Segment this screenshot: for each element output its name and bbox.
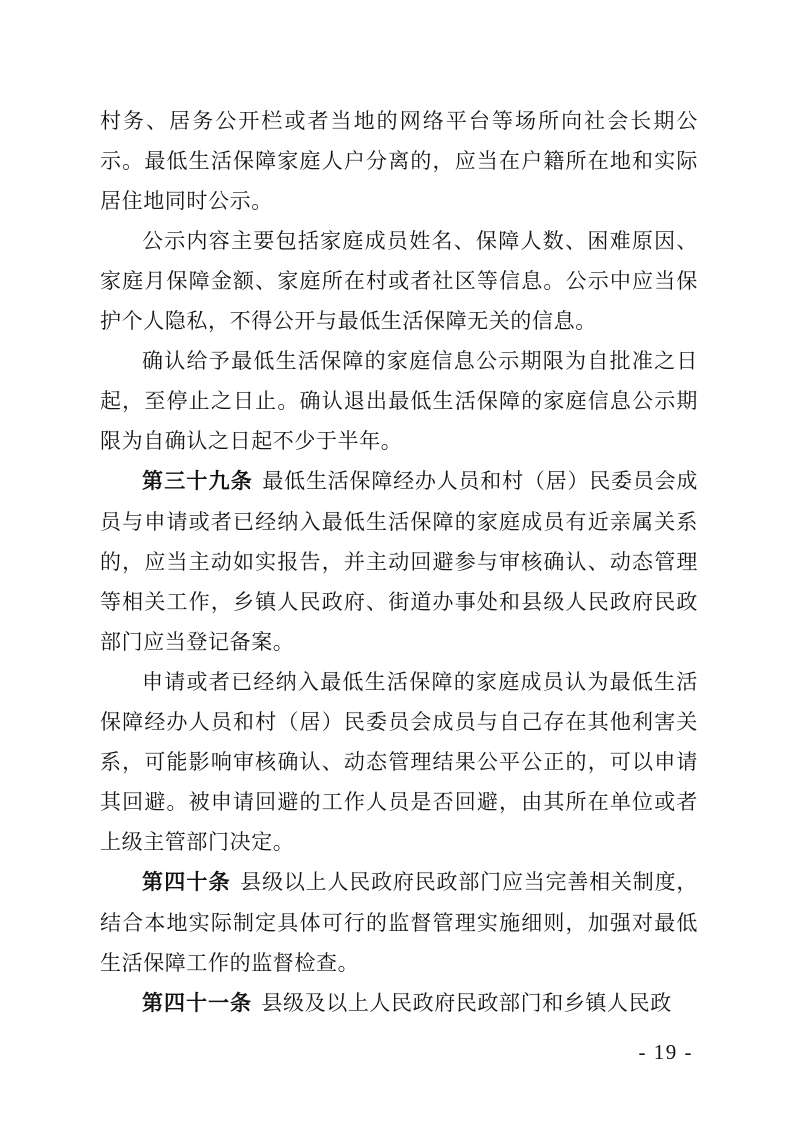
paragraph: 第三十九条最低生活保障经办人员和村（居）民委员会成员与申请或者已经纳入最低生活保… (100, 461, 698, 662)
paragraph: 确认给予最低生活保障的家庭信息公示期限为自批准之日起，至停止之日止。确认退出最低… (100, 341, 698, 461)
document-page: 村务、居务公开栏或者当地的网络平台等场所向社会长期公示。最低生活保障家庭人户分离… (0, 0, 793, 1122)
paragraph: 村务、居务公开栏或者当地的网络平台等场所向社会长期公示。最低生活保障家庭人户分离… (100, 101, 698, 221)
article-heading: 第四十条 (142, 871, 231, 894)
paragraph: 第四十一条县级及以上人民政府民政部门和乡镇人民政 (100, 983, 698, 1024)
page-number: - 19 - (639, 1040, 694, 1065)
article-heading: 第四十一条 (142, 992, 252, 1015)
article-heading: 第三十九条 (142, 470, 253, 493)
paragraph: 第四十条县级以上人民政府民政部门应当完善相关制度，结合本地实际制定具体可行的监督… (100, 862, 698, 983)
paragraph: 申请或者已经纳入最低生活保障的家庭成员认为最低生活保障经办人员和村（居）民委员会… (100, 662, 698, 862)
paragraph: 公示内容主要包括家庭成员姓名、保障人数、困难原因、家庭月保障金额、家庭所在村或者… (100, 221, 698, 341)
document-body: 村务、居务公开栏或者当地的网络平台等场所向社会长期公示。最低生活保障家庭人户分离… (100, 0, 698, 1024)
